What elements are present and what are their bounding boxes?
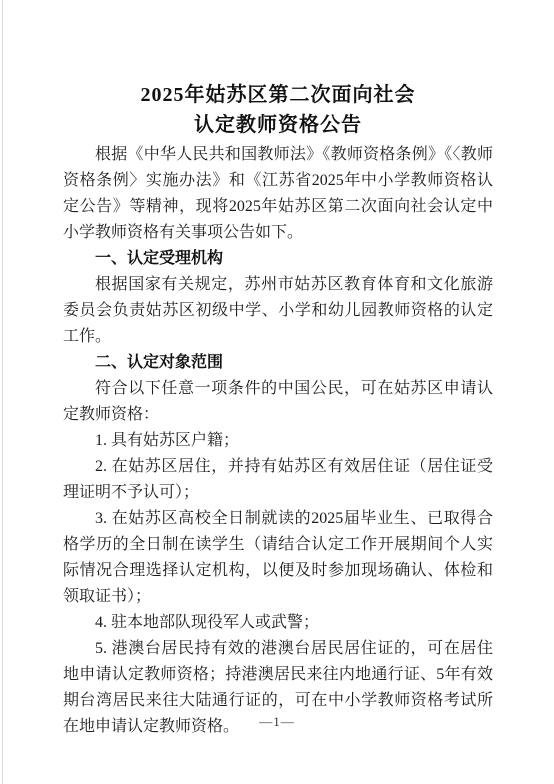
document-body: 根据《中华人民共和国教师法》《教师资格条例》《〈教师资格条例〉实施办法》和《江苏… (63, 142, 493, 740)
section-2-heading: 二、认定对象范围 (63, 350, 493, 376)
intro-paragraph: 根据《中华人民共和国教师法》《教师资格条例》《〈教师资格条例〉实施办法》和《江苏… (63, 142, 493, 246)
page-number: —1— (0, 712, 554, 732)
section-1-heading: 一、认定受理机构 (63, 246, 493, 272)
document-title: 2025年姑苏区第二次面向社会 认定教师资格公告 (63, 80, 493, 140)
section-2-intro-paragraph: 符合以下任意一项条件的中国公民，可在姑苏区申请认定教师资格： (63, 376, 493, 428)
condition-item-4: 4. 驻本地部队现役军人或武警； (63, 610, 493, 636)
condition-item-1: 1. 具有姑苏区户籍； (63, 428, 493, 454)
document-page: 2025年姑苏区第二次面向社会 认定教师资格公告 根据《中华人民共和国教师法》《… (0, 0, 554, 784)
document-title-line-2: 认定教师资格公告 (63, 110, 493, 140)
scan-edge-artifact (2, 0, 3, 784)
condition-item-3: 3. 在姑苏区高校全日制就读的2025届毕业生、已取得合格学历的全日制在读学生（… (63, 506, 493, 610)
condition-item-2: 2. 在姑苏区居住，并持有姑苏区有效居住证（居住证受理证明不予认可）； (63, 454, 493, 506)
document-content: 2025年姑苏区第二次面向社会 认定教师资格公告 根据《中华人民共和国教师法》《… (63, 80, 493, 740)
section-1-paragraph: 根据国家有关规定，苏州市姑苏区教育体育和文化旅游委员会负责姑苏区初级中学、小学和… (63, 272, 493, 350)
document-title-line-1: 2025年姑苏区第二次面向社会 (63, 80, 493, 110)
